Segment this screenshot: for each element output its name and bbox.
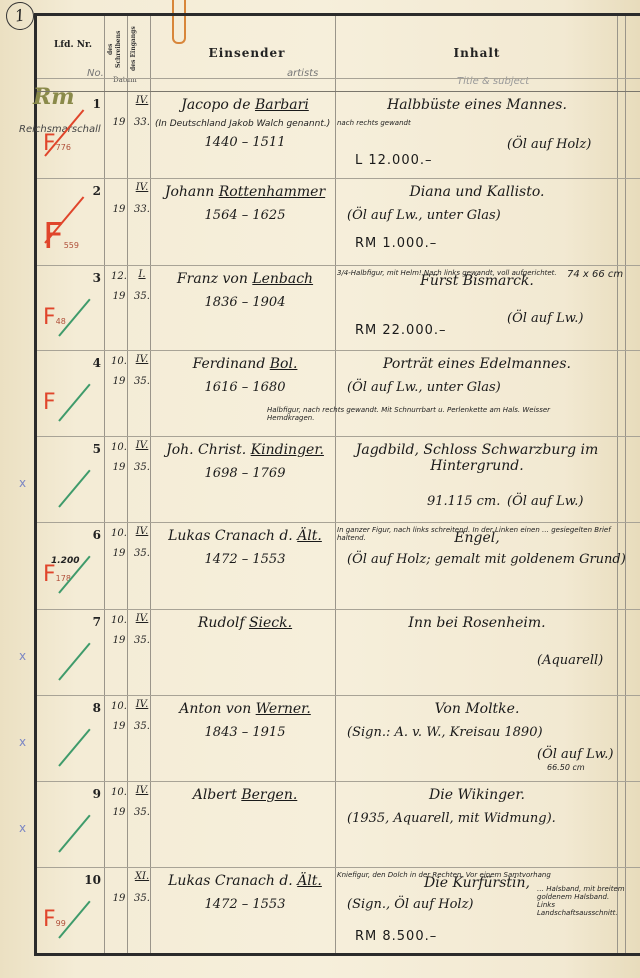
artist-dates: 1698 – 1769 [155,466,335,481]
entry-month: IV. [131,526,153,537]
ledger-row: 710.19IV.35.Rudolf Sieck.Inn bei Rosenhe… [37,609,640,695]
entry-number: 7 [67,615,101,629]
artist-name: Rudolf Sieck. [155,615,335,631]
entry-month-roman: IV. [131,440,153,451]
artist-surname: Bol. [270,356,298,372]
side-value: 1.200 [51,556,79,566]
artist-dates: 1836 – 1904 [155,295,335,310]
f-mark: F48 [43,305,66,330]
artwork-price: RM 22.000.– [355,323,447,338]
artwork-note: nach rechts gewandt [337,119,411,127]
entry-year-prefix: 19 [107,117,131,128]
ledger-row: 910.19IV.35.Albert Bergen.Die Wikinger.(… [37,781,640,867]
check-slash-mark [58,815,90,853]
entry-month: IV. [131,182,153,193]
artwork-medium: (Sign., Öl auf Holz) [347,897,473,912]
header-monat: des Eingangs [130,24,148,74]
header-inhalt: Inhalt [337,46,617,60]
entry-number: 10 [67,873,101,887]
artist-dates: 1472 – 1553 [155,897,335,912]
entry-number: 8 [67,701,101,715]
artist-name: Jacopo de Barbari [155,97,335,113]
artist-note: (In Deutschland Jakob Walch genannt.) [155,119,330,129]
artist-dates: 1843 – 1915 [155,725,335,740]
artwork-title: Halbbüste eines Mannes. [337,97,617,113]
x-mark: x [19,735,26,749]
entry-year: 33. [131,204,153,215]
artist-surname: Ält. [297,528,322,544]
ledger-row: 610.19IV.35.Lukas Cranach d. Ält.1472 – … [37,522,640,608]
artist-name: Joh. Christ. Kindinger. [155,442,335,458]
ledger-row: 810.19IV.35.Anton von Werner.1843 – 1915… [37,695,640,781]
entry-month-roman: I. [131,269,153,280]
artwork-note-right: … Halsband, mit breitem goldenem Halsban… [537,885,625,917]
f-mark-number: 99 [56,919,66,928]
check-slash-mark [58,470,90,508]
entry-day: 10. [107,442,131,453]
artwork-title: Die Wikinger. [337,787,617,803]
artwork-note: Kniefigur, den Dolch in der Rechten. Vor… [337,871,551,879]
ledger-row: 1019XI.35.Lukas Cranach d. Ält.1472 – 15… [37,867,640,953]
artist-name: Franz von Lenbach [155,271,335,287]
artwork-title: Inn bei Rosenheim. [337,615,617,631]
entry-year-prefix: 19 [107,548,131,559]
header-nr: Lfd. Nr. [45,38,101,52]
ledger-row: 312.19I.35.Franz von Lenbach1836 – 1904F… [37,265,640,351]
artist-name: Lukas Cranach d. Ält. [155,528,335,544]
ledger-page: 1 Lfd. Nr. des Schreibens des Eingangs D… [0,0,640,978]
entry-month-roman: IV. [131,182,153,193]
entry-month: IV. [131,440,153,451]
artist-name: Ferdinand Bol. [155,356,335,372]
check-slash-mark [58,729,90,767]
artist-surname: Ält. [297,873,322,889]
artwork-title: Von Moltke. [337,701,617,717]
ledger-row: 119IV.33.Jacopo de Barbari(In Deutschlan… [37,91,640,177]
artwork-price: L 12.000.– [355,153,433,168]
entry-year-prefix: 19 [107,462,131,473]
entry-year-prefix: 19 [107,893,131,904]
ledger-table: Lfd. Nr. des Schreibens des Eingangs Dat… [34,13,640,956]
artwork-size: 74 x 66 cm [567,269,623,280]
entry-day: 10. [107,528,131,539]
entry-year: 35. [131,291,153,302]
entry-month-roman: IV. [131,699,153,710]
artwork-title: Diana und Kallisto. [337,184,617,200]
entry-month-roman: XI. [131,871,153,882]
check-slash-mark [58,384,90,422]
entry-year: 33. [131,117,153,128]
f-mark-number: 559 [64,241,79,250]
artwork-size: 91.115 cm. [427,494,500,509]
entry-year-prefix: 19 [107,376,131,387]
entry-month: IV. [131,354,153,365]
entry-number: 1 [67,97,101,111]
artwork-medium: (Öl auf Lw.) [537,747,614,762]
ledger-row: 410.19IV.35.Ferdinand Bol.1616 – 1680Por… [37,350,640,436]
artwork-size: 66.50 cm [547,763,585,772]
entry-month: IV. [131,613,153,624]
artwork-note: 3/4-Halbfigur, mit Helm! Nach links gewa… [337,269,557,277]
entry-day: 10. [107,787,131,798]
entry-day: 12. [107,271,131,282]
entry-month-roman: IV. [131,354,153,365]
entry-month-roman: IV. [131,613,153,624]
entry-day: 10. [107,615,131,626]
entry-year: 35. [131,462,153,473]
artwork-medium: (Öl auf Holz; gemalt mit goldenem Grund) [347,552,626,567]
entry-year-prefix: 19 [107,204,131,215]
artist-surname: Lenbach [252,271,313,287]
entry-year: 35. [131,376,153,387]
artwork-medium: (Aquarell) [537,653,603,668]
entry-day: 10. [107,356,131,367]
entry-month: IV. [131,95,153,106]
entry-number: 4 [67,356,101,370]
artist-surname: Barbari [255,97,309,113]
artwork-price: RM 8.500.– [355,929,437,944]
entry-year: 35. [131,893,153,904]
entry-year: 35. [131,807,153,818]
header-tag: des Schreibens [107,24,125,74]
entry-month-roman: IV. [131,526,153,537]
entry-number: 5 [67,442,101,456]
entry-year: 35. [131,721,153,732]
entry-year: 35. [131,548,153,559]
artwork-signature: (Sign.: A. v. W., Kreisau 1890) [347,725,627,740]
artwork-medium: (Öl auf Lw., unter Glas) [347,208,501,223]
header-separator [37,78,640,79]
artwork-title: Jagdbild, Schloss Schwarzburg im Hinterg… [337,442,617,474]
artist-name: Johann Rottenhammer [155,184,335,200]
artwork-price: RM 1.000.– [355,236,437,251]
artwork-note: In ganzer Figur, nach links schreitend. … [337,526,627,542]
artist-surname: Sieck. [249,615,292,631]
artwork-medium: (Öl auf Lw., unter Glas) [347,380,501,395]
page-number-marker: 1 [4,0,36,32]
entry-day: 10. [107,701,131,712]
entry-year-prefix: 19 [107,807,131,818]
x-mark: x [19,821,26,835]
artwork-medium: (Öl auf Lw.) [507,494,584,509]
entry-year-prefix: 19 [107,721,131,732]
artist-dates: 1564 – 1625 [155,208,335,223]
artwork-medium: (Öl auf Lw.) [507,311,584,326]
artist-surname: Rottenhammer [219,184,325,200]
artwork-title: Porträt eines Edelmannes. [337,356,617,372]
entry-number: 3 [67,271,101,285]
artist-name: Lukas Cranach d. Ält. [155,873,335,889]
f-mark: F [43,390,56,415]
header-einsender: Einsender [157,46,337,60]
artist-surname: Kindinger. [251,442,324,458]
f-mark: F99 [43,907,66,932]
f-mark-number: 776 [56,143,71,152]
artist-surname: Werner. [256,701,311,717]
entry-month: IV. [131,785,153,796]
x-mark: x [19,649,26,663]
artist-dates: 1616 – 1680 [155,380,335,395]
entry-number: 6 [67,528,101,542]
artist-dates: 1440 – 1511 [155,135,335,150]
entry-month: XI. [131,871,153,882]
artwork-medium: (1935, Aquarell, mit Widmung). [347,811,556,826]
f-mark-number: 48 [56,317,66,326]
ledger-row: 510.19IV.35.Joh. Christ. Kindinger.1698 … [37,436,640,522]
entry-year-prefix: 19 [107,635,131,646]
artwork-medium: (Öl auf Holz) [507,137,591,152]
artist-surname: Bergen. [241,787,297,803]
entry-month: I. [131,269,153,280]
entry-number: 2 [67,184,101,198]
ledger-row: 219IV.33.Johann Rottenhammer1564 – 1625D… [37,178,640,264]
artist-name: Anton von Werner. [155,701,335,717]
artwork-note: Halbfigur, nach rechts gewandt. Mit Schn… [267,406,557,422]
check-slash-mark [58,643,90,681]
entry-month-roman: IV. [131,95,153,106]
entry-month: IV. [131,699,153,710]
x-mark: x [19,476,26,490]
entry-number: 9 [67,787,101,801]
entry-year: 35. [131,635,153,646]
entry-year-prefix: 19 [107,291,131,302]
entry-month-roman: IV. [131,785,153,796]
artist-name: Albert Bergen. [155,787,335,803]
artist-dates: 1472 – 1553 [155,552,335,567]
